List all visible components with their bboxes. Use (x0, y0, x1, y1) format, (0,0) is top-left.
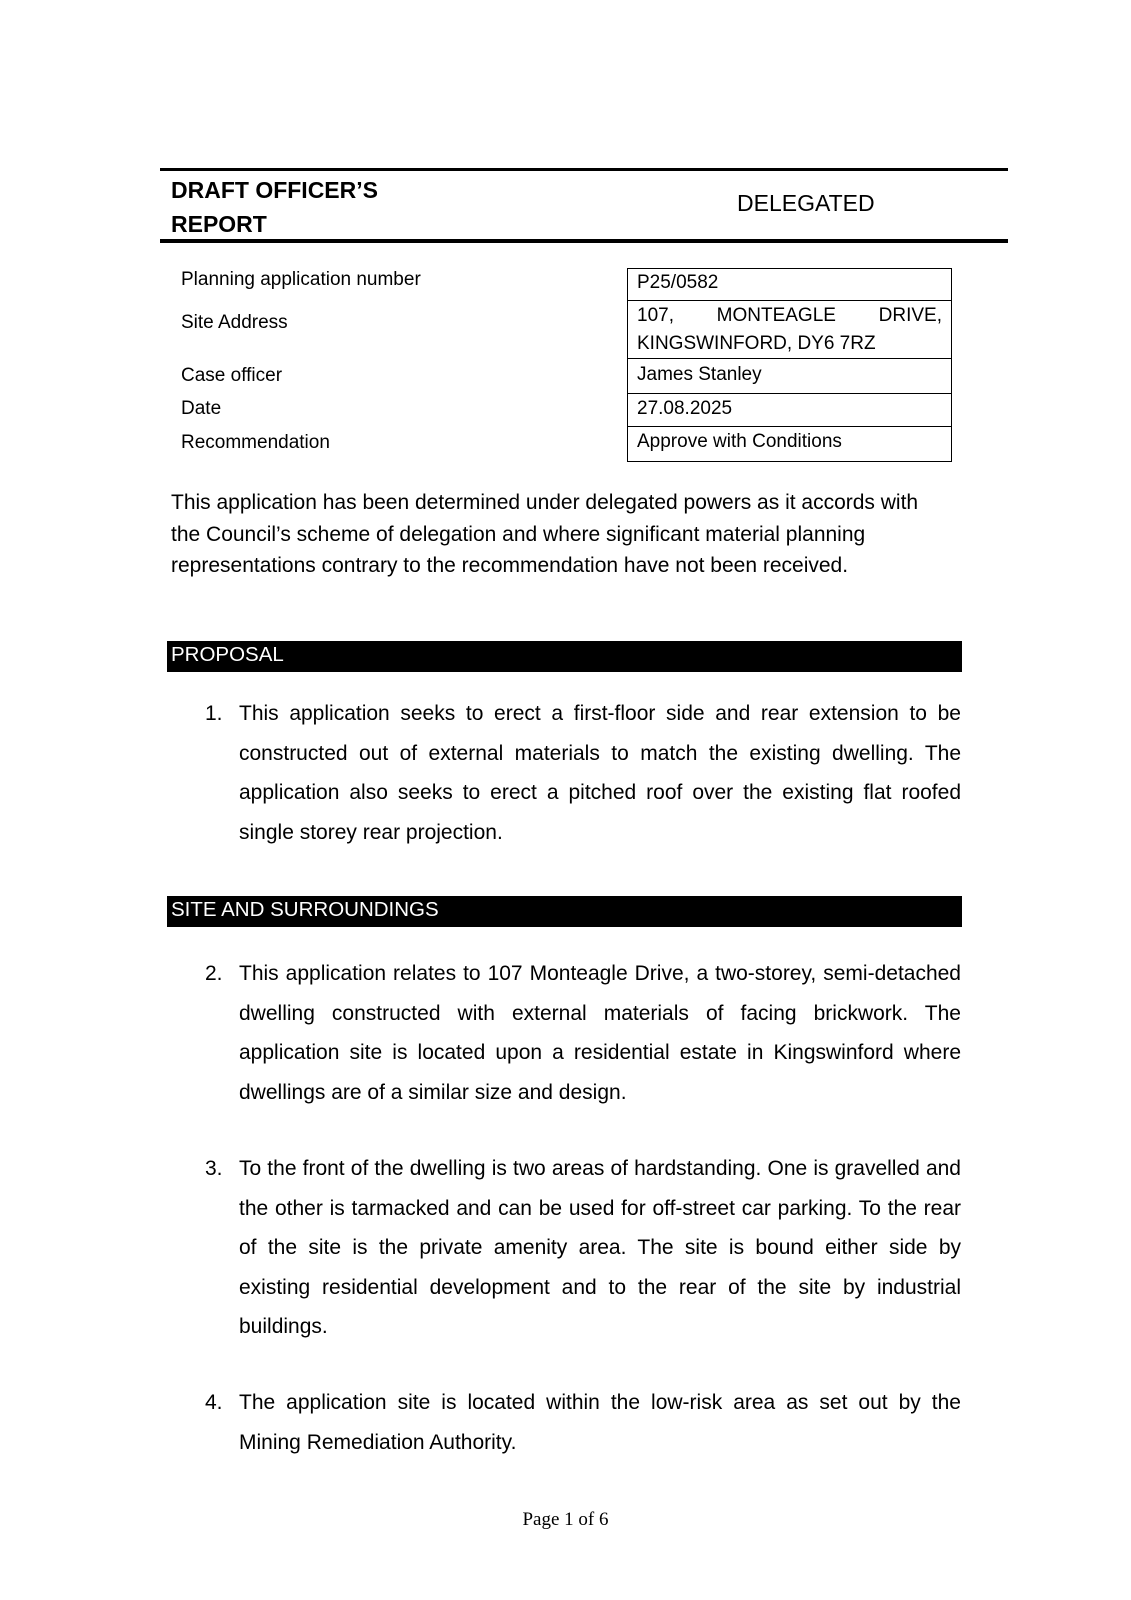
label-application-number: Planning application number (181, 268, 421, 292)
page-number: Page 1 of 6 (0, 1508, 1131, 1532)
title-line-1: DRAFT OFFICER’S (171, 173, 471, 207)
address-part: MONTEAGLE (717, 302, 836, 330)
value-case-officer: James Stanley (628, 358, 951, 393)
label-site-address: Site Address (181, 311, 288, 335)
paragraph-number: 3. (205, 1149, 239, 1189)
title-line-2: REPORT (171, 207, 471, 241)
delegation-statement: This application has been determined und… (171, 487, 941, 582)
address-part: DRIVE, (879, 302, 942, 330)
site-address-line-1: 107, MONTEAGLE DRIVE, (637, 302, 942, 330)
header-top-rule (160, 168, 1008, 171)
paragraph-4: 4. The application site is located withi… (205, 1383, 961, 1462)
value-application-number: P25/0582 (628, 269, 951, 300)
paragraph-text: This application seeks to erect a first-… (239, 694, 961, 852)
label-case-officer: Case officer (181, 364, 282, 388)
paragraph-text: The application site is located within t… (239, 1383, 961, 1462)
paragraph-number: 1. (205, 694, 239, 734)
header-bottom-rule (160, 239, 1008, 243)
section-heading-site-and-surroundings: SITE AND SURROUNDINGS (167, 896, 962, 927)
paragraph-3: 3. To the front of the dwelling is two a… (205, 1149, 961, 1347)
paragraph-number: 4. (205, 1383, 239, 1423)
paragraph-2: 2. This application relates to 107 Monte… (205, 954, 961, 1112)
paragraph-1: 1. This application seeks to erect a fir… (205, 694, 961, 852)
paragraph-text: To the front of the dwelling is two area… (239, 1149, 961, 1347)
address-part: 107, (637, 302, 674, 330)
paragraph-number: 2. (205, 954, 239, 994)
application-details-table: P25/0582 107, MONTEAGLE DRIVE, KINGSWINF… (627, 268, 952, 462)
value-date: 27.08.2025 (628, 393, 951, 426)
document-title: DRAFT OFFICER’S REPORT (171, 173, 471, 241)
section-heading-proposal: PROPOSAL (167, 641, 962, 672)
site-address-line-2: KINGSWINFORD, DY6 7RZ (637, 330, 942, 358)
label-recommendation: Recommendation (181, 431, 330, 455)
decision-type-label: DELEGATED (737, 188, 875, 218)
paragraph-text: This application relates to 107 Monteagl… (239, 954, 961, 1112)
label-date: Date (181, 397, 221, 421)
value-site-address: 107, MONTEAGLE DRIVE, KINGSWINFORD, DY6 … (628, 300, 951, 358)
value-recommendation: Approve with Conditions (628, 426, 951, 461)
